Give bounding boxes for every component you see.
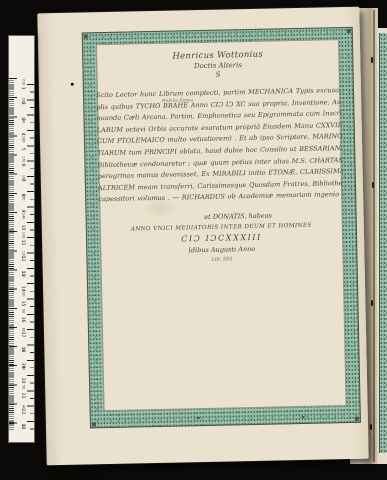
ruler-cm-label: 21 [21,393,26,399]
ruler-cm-label: 20 [21,378,26,384]
ruler-cm-label: 13 [21,271,26,277]
ruler-cm-label: 17 [21,332,26,338]
ruler-mm-label: 90 [21,309,25,317]
ink-speck [302,416,305,418]
ruler-cm-label: 7 [21,179,26,185]
facing-page-border [379,33,387,453]
ruler-cm-label: 3 [21,117,26,123]
stitch-mark [372,182,374,188]
ruler-cm-label: 1 [21,87,26,93]
frame-corner-mark [355,417,359,421]
ruler-cm-label: 14 [21,286,26,292]
ruler-cm-label: 15 [21,301,26,307]
ruler-cm-label: 9 [21,209,26,215]
ruler-ticks-mm-major [9,78,17,430]
ruler-cm-label: 4 [21,133,26,139]
stitch-mark [371,57,373,63]
manuscript-page: Henricus Wottonius Doctis Alteris S Nobi… [37,7,368,466]
ruler-cm-label: 6 [21,163,26,169]
ruler-scale: 2102001901801701601501401301201101009080… [9,78,34,430]
ink-spot [71,83,74,86]
manuscript-closing-line: Lib: 595 [99,254,344,265]
ruler-ticks-cm-major [27,84,34,430]
frame-corner-mark [92,422,96,426]
ruler-cm-label: 8 [21,194,26,200]
ruler-cm-label: 10 [21,225,26,231]
manuscript-heading: Henricus Wottonius Doctis Alteris S [95,48,341,81]
manuscript-body: Nobilis Danus Scito Lector hunc Librum c… [96,85,343,206]
ruler-cm-label: 18 [21,347,26,353]
ruler-cm-label: 19 [21,363,26,369]
photo-stage: Henricus Wottonius Doctis Alteris S Nobi… [0,0,387,480]
measuring-ruler: 2102001901801701601501401301201101009080… [8,35,35,443]
manuscript-text-area: Henricus Wottonius Doctis Alteris S Nobi… [95,38,348,412]
ruler-cm-label: 12 [21,255,26,261]
frame-corner-mark [84,34,88,38]
ruler-cm-label: 16 [21,317,26,323]
ruler-cm-label: 23 [21,424,26,430]
frame-corner-mark [347,29,351,33]
ruler-cm-label: 11 [21,240,26,246]
ink-speck [197,417,200,419]
interlinear-note: Nobilis Danus [162,97,193,103]
ruler-cm-label: 5 [21,148,26,154]
manuscript-closing-line: et DONATIS, habeas [99,210,344,223]
manuscript-closing: et DONATIS, habeasANNO VNICI MEDIATORIS … [99,210,345,265]
gutter-crease-line [373,10,375,462]
ruler-cm-label: 22 [21,409,26,415]
ruler-cm-label: 2 [21,102,26,108]
stitch-mark [370,424,372,430]
ruler-mm-label: 170 [21,156,25,164]
stitch-mark [371,300,373,306]
